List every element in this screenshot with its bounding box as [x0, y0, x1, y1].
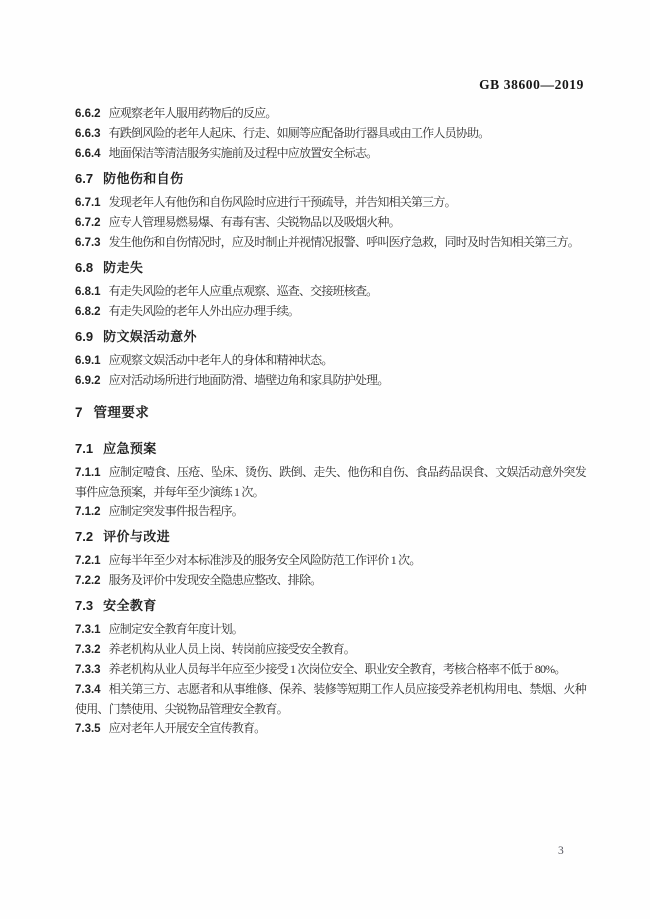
- clause-number: 7.2: [75, 529, 93, 544]
- clause-number: 6.9.1: [75, 355, 101, 367]
- clause-text: 应专人管理易燃易爆、有毒有害、尖锐物品以及吸烟火种。: [109, 215, 400, 229]
- clause-6.6.2: 6.6.2应观察老年人服用药物后的反应。: [75, 104, 586, 124]
- clause-text: 养老机构从业人员上岗、转岗前应接受安全教育。: [109, 642, 355, 656]
- section-heading-7.1: 7.1应急预案: [75, 439, 586, 458]
- clause-text: 应制定突发事件报告程序。: [109, 504, 243, 518]
- clause-text: 有走失风险的老年人外出应办理手续。: [109, 304, 299, 318]
- clause-text: 管理要求: [94, 405, 150, 420]
- section-heading-6.9: 6.9防文娱活动意外: [75, 327, 586, 346]
- clause-text: 应观察文娱活动中老年人的身体和精神状态。: [109, 353, 333, 367]
- clause-7.3.1: 7.3.1应制定安全教育年度计划。: [75, 620, 586, 640]
- clause-text: 防文娱活动意外: [103, 329, 197, 344]
- clause-6.7.3: 6.7.3发生他伤和自伤情况时，应及时制止并视情况报警、呼叫医疗急救，同时及时告…: [75, 233, 586, 253]
- clause-6.6.4: 6.6.4地面保洁等清洁服务实施前及过程中应放置安全标志。: [75, 144, 586, 164]
- clause-text: 服务及评价中发现安全隐患应整改、排除。: [109, 573, 322, 587]
- clause-text: 应对活动场所进行地面防滑、墙壁边角和家具防护处理。: [109, 373, 389, 387]
- clause-6.9.2: 6.9.2应对活动场所进行地面防滑、墙壁边角和家具防护处理。: [75, 371, 586, 391]
- clause-number: 7.1.1: [75, 467, 101, 479]
- clause-text: 应每半年至少对本标准涉及的服务安全风险防范工作评价 1 次。: [109, 553, 421, 567]
- clause-text: 防他伤和自伤: [103, 171, 183, 186]
- clause-7.3.4: 7.3.4相关第三方、志愿者和从事维修、保养、装修等短期工作人员应接受养老机构用…: [75, 680, 586, 719]
- clause-number: 7.1: [75, 441, 93, 456]
- clause-text: 应制定安全教育年度计划。: [109, 622, 243, 636]
- clause-number: 7.3: [75, 598, 93, 613]
- clause-number: 7.3.4: [75, 684, 101, 696]
- document-body: 6.6.2应观察老年人服用药物后的反应。6.6.3有跌倒风险的老年人起床、行走、…: [75, 0, 586, 739]
- clause-number: 7.3.5: [75, 723, 101, 735]
- clause-6.8.1: 6.8.1有走失风险的老年人应重点观察、巡查、交接班核查。: [75, 282, 586, 302]
- clause-6.8.2: 6.8.2有走失风险的老年人外出应办理手续。: [75, 302, 586, 322]
- clause-text: 安全教育: [103, 598, 157, 613]
- clause-6.9.1: 6.9.1应观察文娱活动中老年人的身体和精神状态。: [75, 351, 586, 371]
- page-number: 3: [558, 845, 564, 857]
- clause-text: 应急预案: [103, 441, 157, 456]
- clause-number: 6.8.1: [75, 286, 101, 298]
- clause-6.6.3: 6.6.3有跌倒风险的老年人起床、行走、如厕等应配备助行器具或由工作人员协助。: [75, 124, 586, 144]
- clause-7.1.1: 7.1.1应制定噎食、压疮、坠床、烫伤、跌倒、走失、他伤和自伤、食品药品误食、文…: [75, 463, 586, 502]
- clause-number: 7.3.3: [75, 664, 101, 676]
- clause-6.7.2: 6.7.2应专人管理易燃易爆、有毒有害、尖锐物品以及吸烟火种。: [75, 213, 586, 233]
- clause-number: 6.7.1: [75, 197, 101, 209]
- clause-number: 7: [75, 405, 83, 420]
- clause-7.3.3: 7.3.3养老机构从业人员每半年应至少接受 1 次岗位安全、职业安全教育，考核合…: [75, 660, 586, 680]
- clause-text: 防走失: [103, 260, 143, 275]
- clause-number: 7.2.2: [75, 575, 101, 587]
- clause-7.3.2: 7.3.2养老机构从业人员上岗、转岗前应接受安全教育。: [75, 640, 586, 660]
- clause-number: 6.8.2: [75, 306, 101, 318]
- clause-text: 应制定噎食、压疮、坠床、烫伤、跌倒、走失、他伤和自伤、食品药品误食、文娱活动意外…: [75, 465, 586, 499]
- clause-number: 6.7.3: [75, 237, 101, 249]
- clause-number: 6.7: [75, 171, 93, 186]
- clause-number: 7.3.1: [75, 624, 101, 636]
- clause-text: 养老机构从业人员每半年应至少接受 1 次岗位安全、职业安全教育，考核合格率不低于…: [109, 662, 566, 676]
- clause-text: 发现老年人有他伤和自伤风险时应进行干预疏导，并告知相关第三方。: [109, 195, 456, 209]
- clause-7.3.5: 7.3.5应对老年人开展安全宣传教育。: [75, 719, 586, 739]
- clause-text: 发生他伤和自伤情况时，应及时制止并视情况报警、呼叫医疗急救，同时及时告知相关第三…: [109, 235, 579, 249]
- clause-number: 6.9: [75, 329, 93, 344]
- clause-number: 6.6.4: [75, 148, 101, 160]
- chapter-heading-7: 7管理要求: [75, 403, 586, 422]
- clause-7.1.2: 7.1.2应制定突发事件报告程序。: [75, 502, 586, 522]
- section-heading-6.8: 6.8防走失: [75, 258, 586, 277]
- clause-number: 6.6.3: [75, 128, 101, 140]
- clause-text: 地面保洁等清洁服务实施前及过程中应放置安全标志。: [109, 146, 378, 160]
- document-page: GB 38600—2019 6.6.2应观察老年人服用药物后的反应。6.6.3有…: [0, 0, 650, 919]
- clause-number: 7.2.1: [75, 555, 101, 567]
- clause-text: 应观察老年人服用药物后的反应。: [109, 106, 277, 120]
- clause-text: 相关第三方、志愿者和从事维修、保养、装修等短期工作人员应接受养老机构用电、禁烟、…: [75, 682, 586, 716]
- clause-number: 6.8: [75, 260, 93, 275]
- section-heading-7.2: 7.2评价与改进: [75, 527, 586, 546]
- clause-number: 6.7.2: [75, 217, 101, 229]
- clause-number: 7.1.2: [75, 506, 101, 518]
- section-heading-6.7: 6.7防他伤和自伤: [75, 169, 586, 188]
- clause-6.7.1: 6.7.1发现老年人有他伤和自伤风险时应进行干预疏导，并告知相关第三方。: [75, 193, 586, 213]
- clause-number: 7.3.2: [75, 644, 101, 656]
- clause-text: 评价与改进: [103, 529, 170, 544]
- clause-number: 6.9.2: [75, 375, 101, 387]
- clause-7.2.2: 7.2.2服务及评价中发现安全隐患应整改、排除。: [75, 571, 586, 591]
- clause-text: 有走失风险的老年人应重点观察、巡查、交接班核查。: [109, 284, 378, 298]
- clause-text: 应对老年人开展安全宣传教育。: [109, 721, 266, 735]
- section-heading-7.3: 7.3安全教育: [75, 596, 586, 615]
- clause-7.2.1: 7.2.1应每半年至少对本标准涉及的服务安全风险防范工作评价 1 次。: [75, 551, 586, 571]
- clause-number: 6.6.2: [75, 108, 101, 120]
- clause-text: 有跌倒风险的老年人起床、行走、如厕等应配备助行器具或由工作人员协助。: [109, 126, 490, 140]
